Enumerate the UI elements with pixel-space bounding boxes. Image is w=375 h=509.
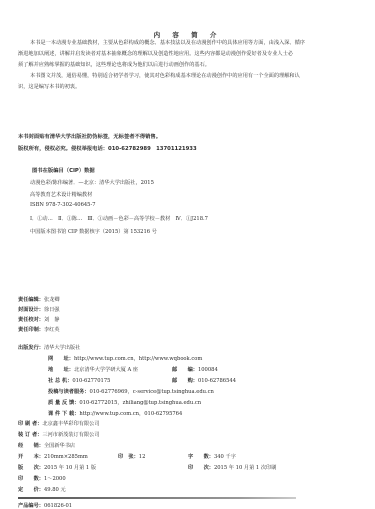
copyright-notice: 版权所有，侵权必究。侵权举报电话：010-62782989 1370112193… [18,144,197,152]
website-value: http://www.tup.com.cn，http://www.wqbook.… [74,356,202,362]
editor-row: 责任编辑：张龙卿 [18,296,60,303]
summary-line: 本书是一本动漫专业基础教材，主要从色彩构成的概念、基本技法以及在动漫创作中的具体… [18,38,363,49]
printer-row: 印 刷 者：北京鑫丰华彩印有限公司 [18,420,99,427]
summary-line: 识，这是编写本书的初衷。 [18,82,363,93]
distributor-value: 全国新华书店 [44,443,75,449]
editor-value: 徐日强 [44,307,60,313]
copyright-page: 内 容 简 介 本书是一本动漫专业基础教材，主要从色彩构成的概念、基本技法以及在… [0,0,375,509]
divider [18,497,296,499]
label: 版 次： [18,465,44,471]
publisher-quality-row: 质 量 反 馈：010-62772015，zhiliang@tup.tsingh… [48,399,201,406]
publisher-label: 出版发行： [18,345,44,351]
edition-value: 2015 年 10 月第 1 版 [44,465,96,471]
label: 社 总 机： [48,378,72,384]
sheets-row: 印 张：12 [118,453,145,460]
product-code-value: 061826-01 [44,503,72,509]
summary-line: 须了解并应熟练掌握的基础知识，这些理论也将成为他们以后进行动画创作的基石。 [18,60,363,71]
format-value: 210mm×285mm [44,454,88,460]
publisher-switchboard-row: 社 总 机：010-62770175 [48,377,110,384]
label: 网 址： [48,356,74,362]
publisher-row: 出版发行：清华大学出版社 [18,344,80,351]
printer-value: 北京鑫丰华彩印有限公司 [42,421,99,427]
publisher-download-row: 课 件 下 载：http://www.tup.com.cn，010-627957… [48,410,182,417]
label: 邮 购： [172,378,198,384]
impression-value: 2015 年 10 月第 1 次印刷 [214,465,276,471]
label: 印 张： [118,454,139,460]
label: 定 价： [18,487,44,493]
address-value: 北京清华大学学研大厦 A 座 [74,367,138,373]
summary-paragraph-1: 本书是一本动漫专业基础教材，主要从色彩构成的概念、基本技法以及在动漫创作中的具体… [18,38,363,71]
sheets-value: 12 [139,454,146,460]
summary-line: 渐进地加以阐述，讲解并启发读者对基本抽象概念的理解以及创造性地应用。这些内容都是… [18,49,363,60]
label: 开 本： [18,454,44,460]
binder-row: 装 订 者：三河市新茂装订有限公司 [18,431,99,438]
editor-value: 李红英 [44,327,60,333]
cip-line: 高等教育艺术设计精编教材 [30,191,92,198]
distributor-row: 经 销：全国新华书店 [18,442,75,449]
label: 印 刷 者： [18,421,42,427]
impression-row: 印 次：2015 年 10 月第 1 次印刷 [188,464,276,471]
format-row: 开 本：210mm×285mm [18,453,88,460]
editor-value: 刘 静 [44,317,60,323]
label: 印 数： [18,476,44,482]
label: 质 量 反 馈： [48,400,79,406]
cip-line: 中国版本图书馆 CIP 数据核字（2015）第 153216 号 [30,228,157,235]
label: 产品编号： [18,503,44,509]
quality-value: 010-62772015，zhiliang@tup.tsinghua.edu.c… [79,400,201,406]
download-value: http://www.tup.com.cn，010-62795764 [79,411,182,417]
edition-row: 版 次：2015 年 10 月第 1 版 [18,464,96,471]
service-value: 010-62776969，c-service@tup.tsinghua.edu.… [90,389,214,395]
publisher-service-row: 投稿与读者服务：010-62776969，c-service@tup.tsing… [48,388,214,395]
cip-line: 动漫色彩/陈伟编著．—北京：清华大学出版社，2015 [30,179,154,186]
editor-row: 封面设计：徐日强 [18,306,60,313]
summary-paragraph-2: 本书图文并茂，通俗易懂，特别适合初学者学习，使其对色彩构成基本理论在动漫创作中的… [18,71,363,93]
publisher-mailorder-row: 邮 购：010-62786544 [172,377,236,384]
cip-line: Ⅰ．①动… Ⅱ．①陈… Ⅲ．①动画－色彩－高等学校－教材 Ⅳ．①J218.7 [30,215,208,222]
publisher-name: 清华大学出版社 [44,345,80,351]
label: 装 订 者： [18,432,42,438]
cip-heading: 图书在版编目（CIP）数据 [32,166,95,174]
price-row: 定 价：49.80 元 [18,486,66,493]
switchboard-value: 010-62770175 [72,378,110,384]
binder-value: 三河市新茂装订有限公司 [42,432,99,438]
anti-counterfeit-notice: 本书封面贴有清华大学出版社防伪标签，无标签者不得销售。 [18,132,161,140]
label: 课 件 下 载： [48,411,79,417]
wordcount-row: 字 数：340 千字 [188,453,236,460]
summary-line: 本书图文并茂，通俗易懂，特别适合初学者学习，使其对色彩构成基本理论在动漫创作中的… [18,71,363,82]
editor-label: 责任校对： [18,317,44,323]
publisher-website-row: 网 址：http://www.tup.com.cn，http://www.wqb… [48,355,202,362]
editor-row: 责任印制：李红英 [18,326,60,333]
editor-label: 封面设计： [18,307,44,313]
editor-label: 责任印制： [18,327,44,333]
label: 邮 编： [172,367,198,373]
editor-row: 责任校对：刘 静 [18,316,60,323]
print-run-row: 印 数：1～2000 [18,475,66,482]
product-code-row: 产品编号：061826-01 [18,502,72,509]
price-value: 49.80 元 [44,487,66,493]
editor-label: 责任编辑： [18,297,44,303]
label: 地 址： [48,367,74,373]
cip-line: ISBN 978-7-302-40645-7 [30,202,96,208]
label: 印 次： [188,465,214,471]
label: 字 数： [188,454,214,460]
publisher-postcode-row: 邮 编：100084 [172,366,218,373]
label: 投稿与读者服务： [48,389,90,395]
postcode-value: 100084 [198,367,218,373]
editor-value: 张龙卿 [44,297,60,303]
print-run-value: 1～2000 [44,476,66,482]
mailorder-value: 010-62786544 [198,378,236,384]
label: 经 销： [18,443,44,449]
wordcount-value: 340 千字 [214,454,236,460]
publisher-address-row: 地 址：北京清华大学学研大厦 A 座 [48,366,138,373]
